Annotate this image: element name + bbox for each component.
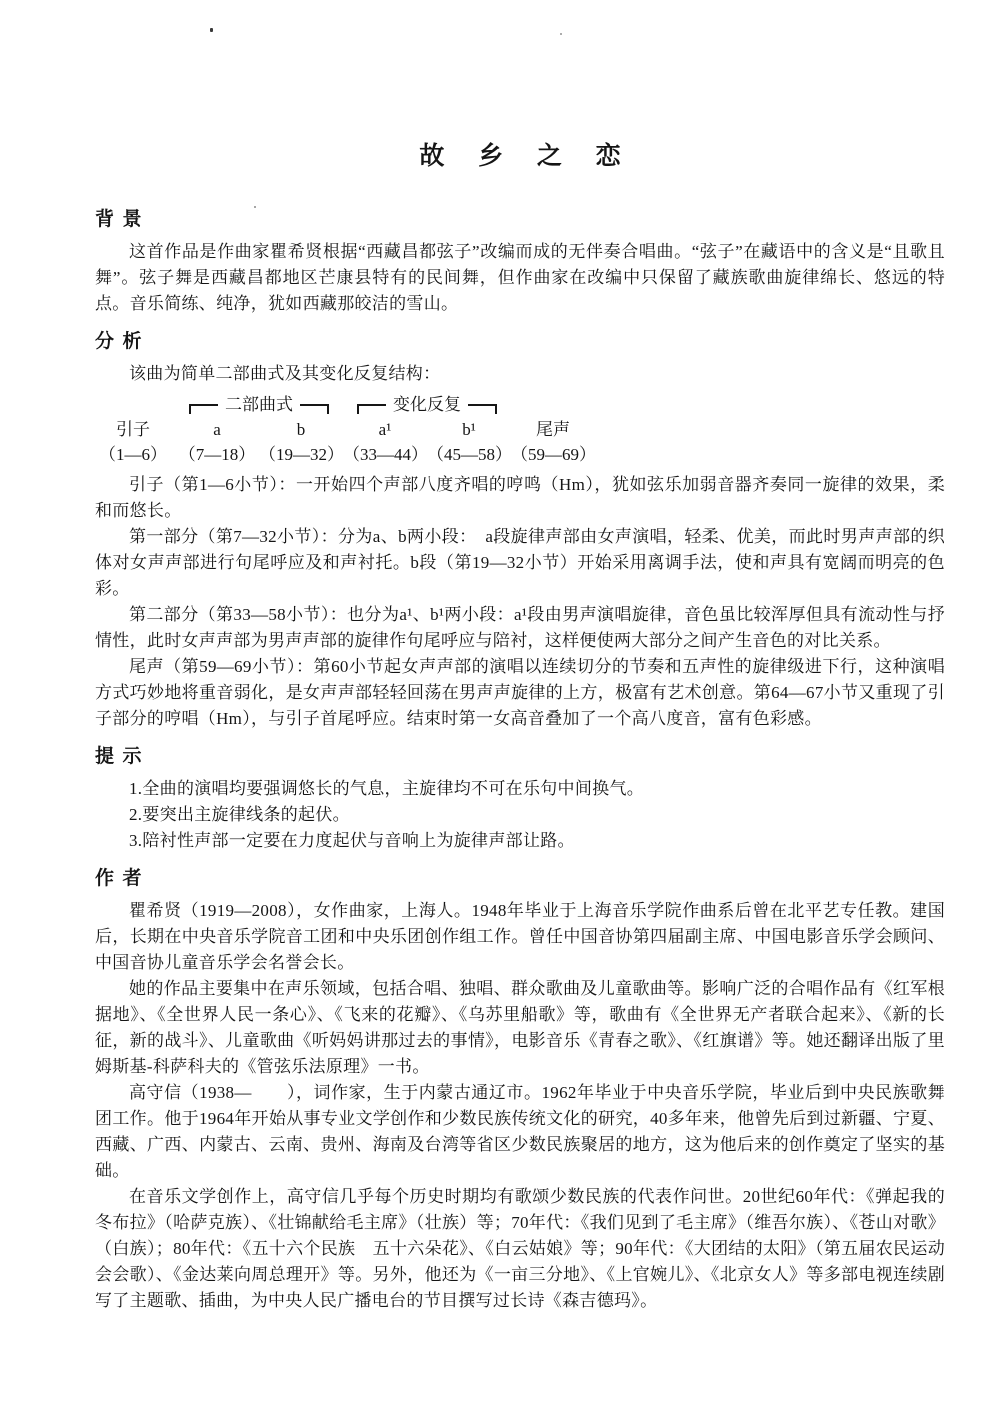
background-paragraph: 这首作品是作曲家瞿希贤根据“西藏昌都弦子”改编而成的无伴奏合唱曲。“弦子”在藏语… <box>95 239 945 317</box>
author-paragraph-qu-works: 她的作品主要集中在声乐领域，包括合唱、独唱、群众歌曲及儿童歌曲等。影响广泛的合唱… <box>95 976 945 1080</box>
bracket-line-icon <box>300 404 329 414</box>
author-paragraph-gao-bio: 高守信（1938— ），词作家，生于内蒙古通辽市。1962年毕业于中央音乐学院，… <box>95 1080 945 1184</box>
diagram-measures-a1: （33—44） <box>343 442 427 467</box>
tips-item-3: 3.陪衬性声部一定要在力度起伏与音响上为旋律声部让路。 <box>95 828 945 854</box>
diagram-label-coda: 尾声 <box>511 417 595 442</box>
structure-diagram: 二部曲式 变化反复 引子 a b a¹ b¹ 尾声 （1—6） （7—18） （… <box>91 393 945 467</box>
diagram-measures-intro: （1—6） <box>91 442 175 467</box>
diagram-measures-a: （7—18） <box>175 442 259 467</box>
author-paragraph-gao-works: 在音乐文学创作上，高守信几乎每个历史时期均有歌颂少数民族的代表作问世。20世纪6… <box>95 1184 945 1314</box>
tips-item-1: 1.全曲的演唱均要强调悠长的气息，主旋律均不可在乐句中间换气。 <box>95 776 945 802</box>
diagram-label-b1: b¹ <box>427 417 511 442</box>
diagram-label-intro: 引子 <box>91 417 175 442</box>
bracket-line-icon <box>357 404 386 414</box>
section-heading-author: 作者 <box>95 867 945 891</box>
page-title: 故乡之恋 <box>95 136 945 172</box>
diagram-label-a: a <box>175 417 259 442</box>
section-heading-background: 背景 <box>95 208 945 232</box>
diagram-measures-b: （19—32） <box>259 442 343 467</box>
analysis-intro: 该曲为简单二部曲式及其变化反复结构： <box>95 361 945 387</box>
document-page: 故乡之恋 背景 这首作品是作曲家瞿希贤根据“西藏昌都弦子”改编而成的无伴奏合唱曲… <box>0 0 991 1410</box>
bracket-varied-repeat: 变化反复 <box>343 393 511 417</box>
analysis-paragraph-intro-section: 引子（第1—6小节）：一开始四个声部八度齐唱的哼鸣（Hm），犹如弦乐加弱音器齐奏… <box>95 472 945 524</box>
analysis-paragraph-part-one: 第一部分（第7—32小节）：分为a、b两小段： a段旋律声部由女声演唱，轻柔、优… <box>95 524 945 602</box>
diagram-measures-coda: （59—69） <box>511 442 595 467</box>
analysis-paragraph-coda: 尾声（第59—69小节）：第60小节起女声声部的演唱以连续切分的节奏和五声性的旋… <box>95 654 945 732</box>
section-heading-tips: 提示 <box>95 745 945 769</box>
diagram-measure-ranges: （1—6） （7—18） （19—32） （33—44） （45—58） （59… <box>91 442 945 467</box>
diagram-measures-b1: （45—58） <box>427 442 511 467</box>
analysis-paragraph-part-two: 第二部分（第33—58小节）：也分为a¹、b¹两小段：a¹段由男声演唱旋律，音色… <box>95 602 945 654</box>
bracket-binary-form: 二部曲式 <box>175 393 343 417</box>
tips-item-2: 2.要突出主旋律线条的起伏。 <box>95 802 945 828</box>
bracket-line-icon <box>468 404 497 414</box>
bracket-line-icon <box>189 404 218 414</box>
bracket-label: 变化反复 <box>386 393 468 417</box>
diagram-bracket-row: 二部曲式 变化反复 <box>91 393 945 417</box>
diagram-label-a1: a¹ <box>343 417 427 442</box>
scan-speck <box>210 28 213 32</box>
scan-speck <box>560 33 562 35</box>
diagram-label-b: b <box>259 417 343 442</box>
bracket-label: 二部曲式 <box>218 393 300 417</box>
author-paragraph-qu-bio: 瞿希贤（1919—2008），女作曲家，上海人。1948年毕业于上海音乐学院作曲… <box>95 898 945 976</box>
scan-speck <box>254 206 256 208</box>
section-heading-analysis: 分析 <box>95 330 945 354</box>
diagram-section-labels: 引子 a b a¹ b¹ 尾声 <box>91 417 945 442</box>
